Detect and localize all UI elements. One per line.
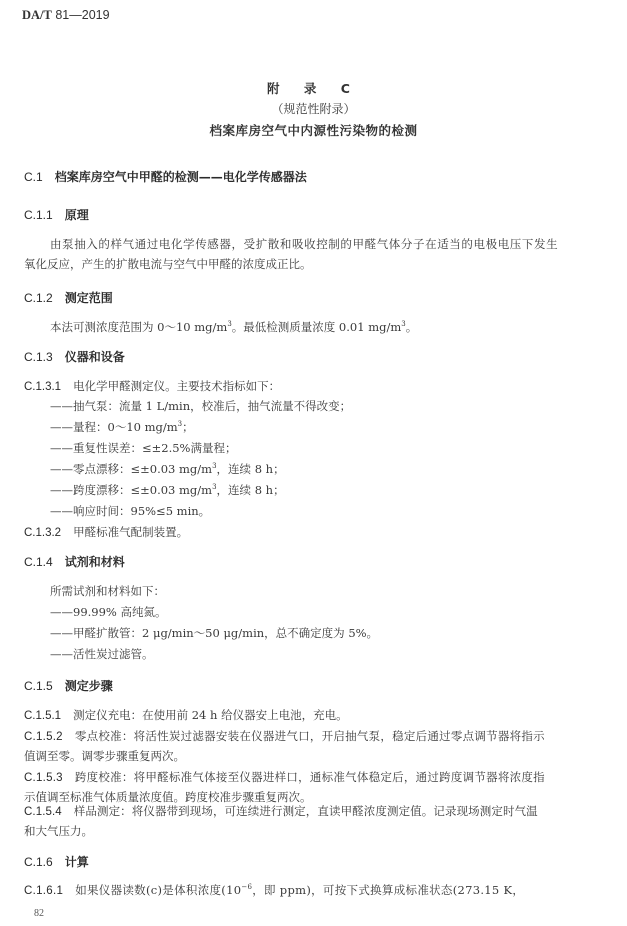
clause-c1-3-2: C.1.3.2甲醛标准气配制装置。: [24, 524, 188, 540]
heading-text: 仪器和设备: [65, 350, 125, 364]
text: ，连续 8 h；: [217, 483, 285, 497]
clause-number: C.1.6.1: [24, 885, 63, 897]
heading-number: C.1.3: [24, 350, 53, 364]
clause-number: C.1.5.2: [24, 731, 63, 743]
clause-c1-5-1: C.1.5.1测定仪充电：在使用前 24 h 给仪器安上电池，充电。: [24, 707, 348, 723]
heading-number: C.1.2: [24, 291, 53, 305]
heading-c1: C.1档案库房空气中甲醛的检测——电化学传感器法: [24, 168, 307, 185]
list-item: ——重复性误差：≤±2.5%满量程；: [50, 440, 237, 456]
list-item: ——抽气泵：流量 1 L/min，校准后，抽气流量不得改变；: [50, 398, 351, 414]
text: ——量程：0～10 mg/m: [50, 420, 178, 434]
standard-code-number: 81—2019: [55, 8, 109, 22]
clause-number: C.1.3.1: [24, 381, 61, 393]
clause-text: 零点校准：将活性炭过滤器安装在仪器进气口，开启抽气泵，稳定后通过零点调节器将指示: [75, 729, 545, 743]
document-page: DA/T 81—2019 附 录 C （规范性附录） 档案库房空气中内源性污染物…: [0, 0, 627, 926]
text: ——零点漂移：≤±0.03 mg/m: [50, 462, 212, 476]
list-item: ——跨度漂移：≤±0.03 mg/m3，连续 8 h；: [50, 482, 285, 498]
text: ；: [182, 420, 194, 434]
clause-c1-6-1: C.1.6.1如果仪器读数(c)是体积浓度(10−6，即 ppm)，可按下式换算…: [24, 882, 524, 898]
clause-text: ，即 ppm)，可按下式换算成标准状态(273.15 K，: [252, 883, 524, 897]
annex-title: 附 录 C: [0, 79, 627, 97]
superscript: −6: [241, 883, 252, 891]
clause-text: 甲醛标准气配制装置。: [73, 525, 188, 539]
heading-text: 试剂和材料: [65, 555, 125, 569]
clause-c1-5-2: C.1.5.2零点校准：将活性炭过滤器安装在仪器进气口，开启抽气泵，稳定后通过零…: [24, 728, 545, 744]
clause-text: 跨度校准：将甲醛标准气体接至仪器进样口，通标准气体稳定后，通过跨度调节器将浓度指: [75, 770, 545, 784]
clause-number: C.1.5.3: [24, 772, 63, 784]
heading-c1-5: C.1.5测定步骤: [24, 677, 113, 694]
list-item: ——活性炭过滤管。: [50, 646, 154, 662]
heading-text: 测定范围: [65, 291, 113, 305]
standard-code-prefix: DA/T: [22, 8, 52, 22]
text: 本法可测浓度范围为 0～10 mg/m: [50, 320, 227, 334]
clause-text: 电化学甲醛测定仪。主要技术指标如下：: [73, 379, 280, 393]
clause-text: 样品测定：将仪器带到现场，可连续进行测定，直读甲醛浓度测定值。记录现场测定时气温: [74, 804, 538, 818]
page-number: 82: [34, 908, 44, 919]
list-item: ——零点漂移：≤±0.03 mg/m3，连续 8 h；: [50, 461, 285, 477]
clause-number: C.1.5.4: [24, 806, 62, 818]
paragraph-intro: 所需试剂和材料如下：: [50, 583, 165, 599]
clause-text: 测定仪充电：在使用前 24 h 给仪器安上电池，充电。: [73, 708, 348, 722]
clause-continuation: 值调至零。调零步骤重复两次。: [24, 748, 185, 764]
heading-c1-3: C.1.3仪器和设备: [24, 348, 125, 365]
list-item: ——量程：0～10 mg/m3；: [50, 419, 194, 435]
list-item: ——响应时间：95%≤5 min。: [50, 503, 210, 519]
heading-c1-2: C.1.2测定范围: [24, 289, 113, 306]
heading-c1-1: C.1.1原理: [24, 206, 89, 223]
heading-number: C.1.4: [24, 555, 53, 569]
clause-continuation: 和大气压力。: [24, 823, 93, 839]
clause-c1-3-1: C.1.3.1电化学甲醛测定仪。主要技术指标如下：: [24, 378, 280, 394]
clause-number: C.1.5.1: [24, 710, 61, 722]
paragraph-line: 由泵抽入的样气通过电化学传感器，受扩散和吸收控制的甲醛气体分子在适当的电极电压下…: [50, 236, 558, 252]
paragraph-line: 氧化反应，产生的扩散电流与空气中甲醛的浓度成正比。: [24, 256, 312, 272]
text: 。最低检测质量浓度 0.01 mg/m: [232, 320, 401, 334]
heading-c1-4: C.1.4试剂和材料: [24, 553, 125, 570]
heading-text: 计算: [65, 855, 89, 869]
text: ——跨度漂移：≤±0.03 mg/m: [50, 483, 212, 497]
annex-subtitle: （规范性附录）: [0, 100, 627, 117]
text: ，连续 8 h；: [217, 462, 285, 476]
heading-text: 档案库房空气中甲醛的检测——电化学传感器法: [55, 170, 307, 184]
heading-number: C.1.6: [24, 855, 53, 869]
heading-text: 原理: [65, 208, 89, 222]
clause-c1-5-3: C.1.5.3跨度校准：将甲醛标准气体接至仪器进样口，通标准气体稳定后，通过跨度…: [24, 769, 545, 785]
heading-number: C.1: [24, 170, 43, 184]
heading-c1-6: C.1.6计算: [24, 853, 89, 870]
paragraph-range: 本法可测浓度范围为 0～10 mg/m3。最低检测质量浓度 0.01 mg/m3…: [50, 319, 417, 335]
heading-number: C.1.5: [24, 679, 53, 693]
text: 。: [406, 320, 418, 334]
list-item: ——甲醛扩散管：2 μg/min～50 μg/min，总不确定度为 5%。: [50, 625, 378, 641]
annex-name: 档案库房空气中内源性污染物的检测: [0, 121, 627, 139]
clause-c1-5-4: C.1.5.4样品测定：将仪器带到现场，可连续进行测定，直读甲醛浓度测定值。记录…: [24, 803, 538, 819]
clause-number: C.1.3.2: [24, 527, 61, 539]
standard-code: DA/T 81—2019: [22, 8, 110, 23]
heading-number: C.1.1: [24, 208, 53, 222]
heading-text: 测定步骤: [65, 679, 113, 693]
clause-text: 如果仪器读数(c)是体积浓度(10: [75, 883, 241, 897]
list-item: ——99.99% 高纯氮。: [50, 604, 167, 620]
